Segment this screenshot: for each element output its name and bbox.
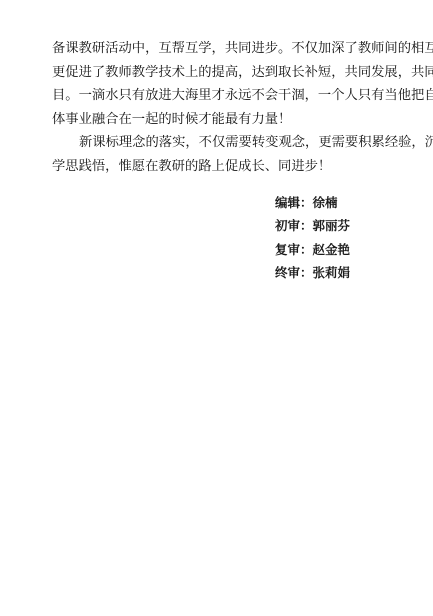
signature-block: 编辑：徐楠 初审：郭丽芬 复审：赵金艳 终审：张莉娟: [275, 191, 350, 285]
signature-name: 赵金艳: [313, 242, 351, 257]
signature-role: 终审：: [275, 265, 313, 280]
paragraph-1-line-3: 目。一滴水只有放进大海里才永远不会干涸，一个人只有当他把自己和集: [52, 84, 386, 108]
signature-final-review: 终审：张莉娟: [275, 261, 350, 284]
document-page: 备课教研活动中，互帮互学，共同进步。不仅加深了教师间的相互了解， 更促进了教师教…: [0, 0, 433, 616]
signature-editor: 编辑：徐楠: [275, 191, 350, 214]
paragraph-1-line-2: 更促进了教师教学技术上的提高，达到取长补短，共同发展，共同进步的: [52, 61, 386, 85]
signature-name: 张莉娟: [313, 265, 351, 280]
signature-name: 郭丽芬: [313, 218, 351, 233]
signature-name: 徐楠: [313, 195, 338, 210]
paragraph-2-line-1: 新课标理念的落实，不仅需要转变观念，更需要积累经验，沉淀思想，: [52, 131, 386, 155]
paragraph-2-line-2: 学思践悟，惟愿在教研的路上促成长、同进步！: [52, 155, 386, 179]
paragraph-1-line-4: 体事业融合在一起的时候才能最有力量！: [52, 108, 386, 132]
signature-role: 初审：: [275, 218, 313, 233]
paragraph-1-line-1: 备课教研活动中，互帮互学，共同进步。不仅加深了教师间的相互了解，: [52, 37, 386, 61]
signature-first-review: 初审：郭丽芬: [275, 214, 350, 237]
body-text: 备课教研活动中，互帮互学，共同进步。不仅加深了教师间的相互了解， 更促进了教师教…: [52, 37, 386, 179]
signature-second-review: 复审：赵金艳: [275, 238, 350, 261]
signature-role: 编辑：: [275, 195, 313, 210]
signature-role: 复审：: [275, 242, 313, 257]
